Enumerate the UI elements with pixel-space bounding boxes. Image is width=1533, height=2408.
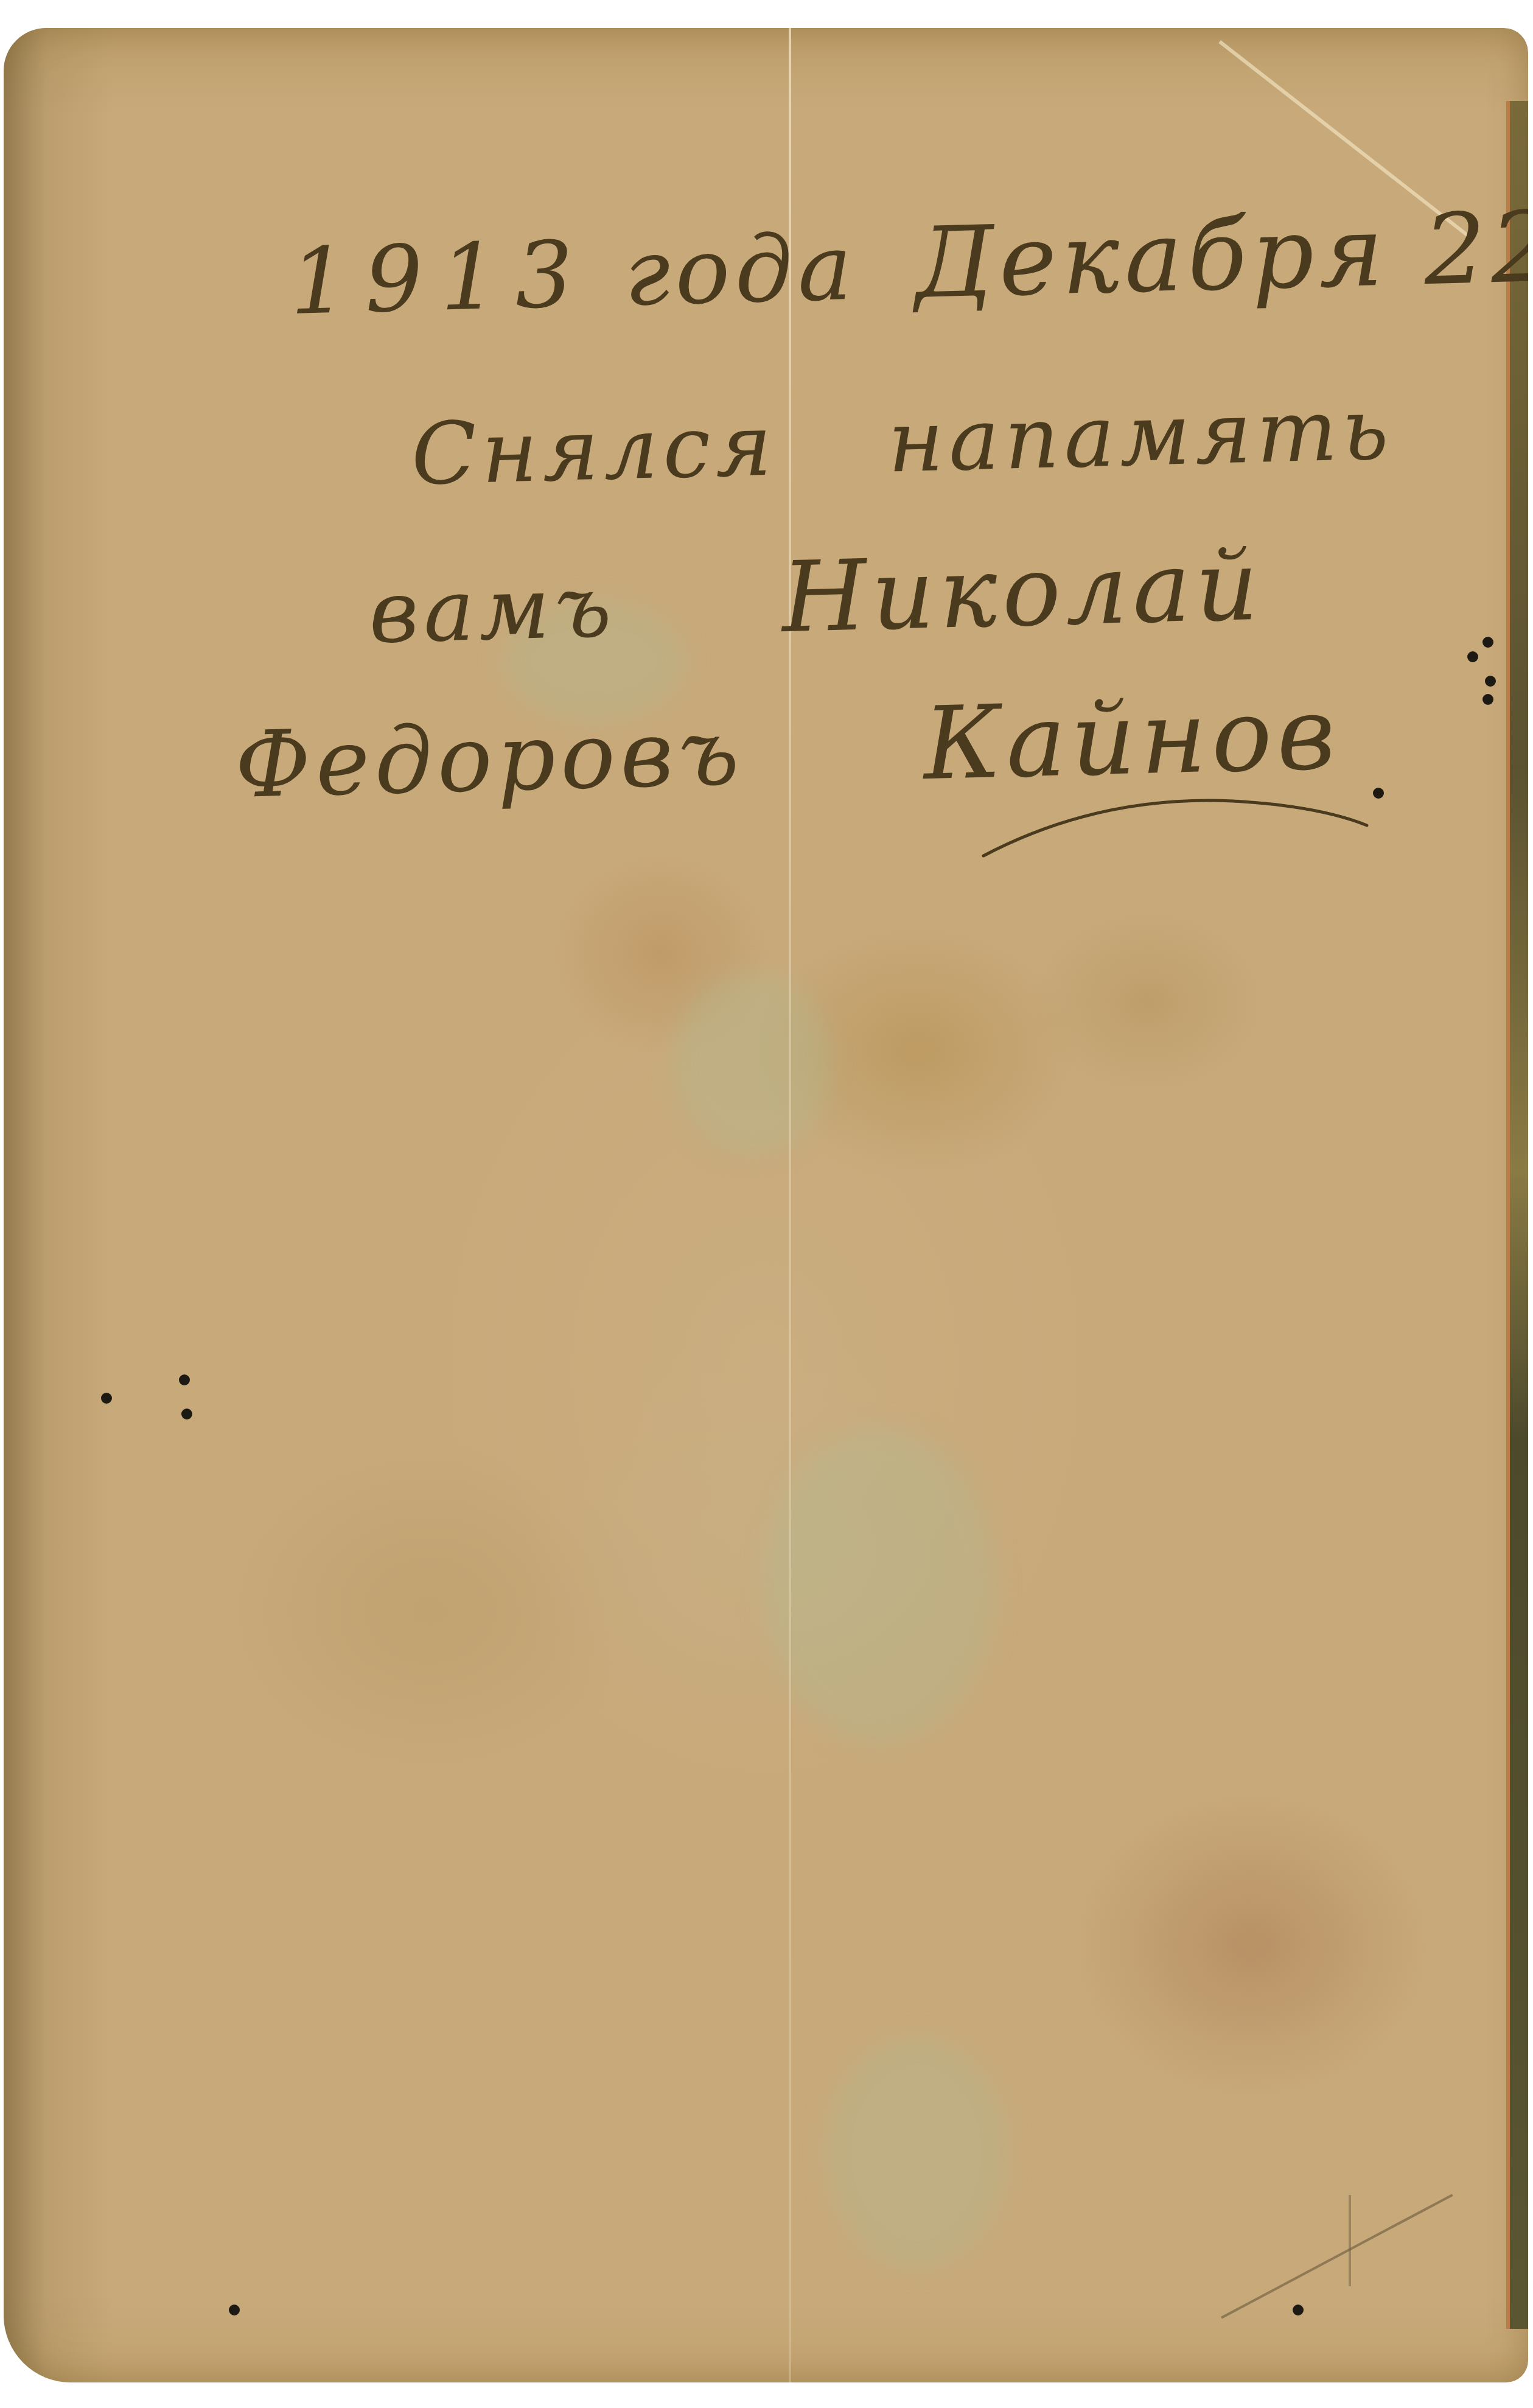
signature-flourish [977,789,1403,862]
photo-card-back: 1913 года Декабря 22 дн Снялся напамять … [4,28,1528,2382]
inscription-line-3: вамъ Николай [368,528,1265,665]
signer-first-name: Николай [780,528,1264,655]
inscription-line-date: 1913 года Декабря 22 дн [288,185,1528,337]
inscription-line-2: Снялся напамять [410,380,1395,505]
scan-background: 1913 года Декабря 22 дн Снялся напамять … [0,0,1533,2408]
inscription-word: напамять [886,380,1394,492]
date-word: года [623,215,858,327]
inscription-word: Снялся [410,396,778,505]
signer-patronymic: Федоровъ [234,699,746,819]
date-month-day: Декабря 22 дн [913,185,1528,320]
date-year: 1913 [288,222,592,335]
handwritten-inscription: 1913 года Декабря 22 дн Снялся напамять … [4,28,1528,2382]
inscription-word: вамъ [368,557,617,663]
signer-surname: Кайнов [922,674,1341,802]
